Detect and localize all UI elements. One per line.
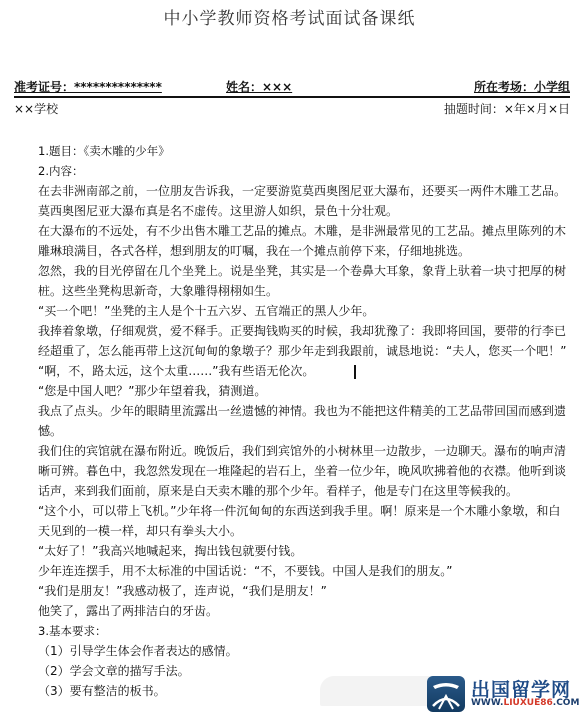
text-cursor — [354, 365, 356, 379]
requirements-label: 3.基本要求： — [38, 621, 570, 641]
paragraph: 忽然，我的目光停留在几个坐凳上。说是坐凳，其实是一个卷鼻大耳象，象背上驮着一块寸… — [38, 261, 570, 301]
paragraph: “我们是朋友！”我感动极了，连声说，“我们是朋友！” — [38, 581, 570, 601]
paragraph: 我点了点头。少年的眼睛里流露出一丝遗憾的神情。我也为不能把这件精美的工艺品带回国… — [38, 401, 570, 441]
draw-time: 抽题时间：×年×月×日 — [444, 100, 570, 117]
requirement-item: （1）引导学生体会作者表达的感情。 — [38, 641, 570, 661]
paragraph: 莫西奥图尼亚大瀑布真是名不虚传。这里游人如织，景色十分壮观。 — [38, 201, 570, 221]
paragraph: “太好了！”我高兴地喊起来，掏出钱包就要付钱。 — [38, 541, 570, 561]
paragraph: 在大瀑布的不远处，有不少出售木雕工艺品的摊点。木雕，是非洲最常见的工艺品。摊点里… — [38, 221, 570, 261]
content-label: 2.内容： — [38, 161, 570, 181]
paragraph: 少年连连摆手，用不太标准的中国话说：“不，不要钱。中国人是我们的朋友。” — [38, 561, 570, 581]
candidate-name: 姓名：××× — [226, 78, 292, 95]
watermark-logo: 出国留学网 WWW.LIUXUE86.COM — [415, 672, 579, 714]
page-title: 中小学教师资格考试面试备课纸 — [0, 4, 579, 29]
paragraph: “您是中国人吧？”那少年望着我，猜测道。 — [38, 381, 570, 401]
exam-info-header: 准考证号：************** 姓名：××× 所在考场：小学组 — [14, 78, 570, 98]
paragraph: 我们住的宾馆就在瀑布附近。晚饭后，我们到宾馆外的小树林里一边散步，一边聊天。瀑布… — [38, 441, 570, 501]
paragraph: 在去非洲南部之前，一位朋友告诉我，一定要游览莫西奥图尼亚大瀑布，还要买一两件木雕… — [38, 181, 570, 201]
logo-url: WWW.LIUXUE86.COM — [471, 698, 579, 708]
paragraph: 他笑了，露出了两排洁白的牙齿。 — [38, 601, 570, 621]
logo-badge-icon — [427, 676, 465, 712]
exam-id: 准考证号：************** — [14, 78, 162, 95]
paragraph: 我捧着象墩，仔细观赏，爱不释手。正要掏钱购买的时候，我却犹豫了：我即将回国，要带… — [38, 321, 570, 361]
school-name: ××学校 — [14, 100, 58, 117]
paragraph: “啊，不，路太远，这个太重……”我有些语无伦次。 — [38, 361, 570, 381]
topic: 1.题目：《卖木雕的少年》 — [38, 141, 570, 161]
exam-room: 所在考场：小学组 — [474, 78, 570, 95]
lesson-content: 1.题目：《卖木雕的少年》 2.内容： 在去非洲南部之前，一位朋友告诉我，一定要… — [38, 141, 570, 701]
paragraph: “这个小，可以带上飞机。”少年将一件沉甸甸的东西送到我手里。啊！原来是一个木雕小… — [38, 501, 570, 541]
paragraph: “买一个吧！”坐凳的主人是个十五六岁、五官端正的黑人少年。 — [38, 301, 570, 321]
